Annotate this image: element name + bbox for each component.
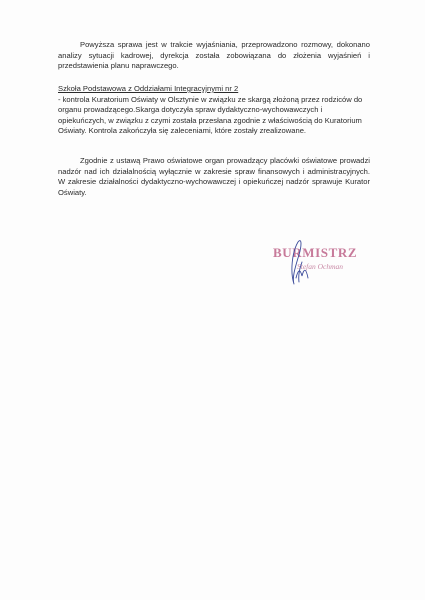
document-page: Powyższa sprawa jest w trakcie wyjaśnian… [0, 0, 425, 600]
paragraph-law: Zgodnie z ustawą Prawo oświatowe organ p… [58, 156, 370, 198]
paragraph-investigation: Powyższa sprawa jest w trakcie wyjaśnian… [58, 40, 370, 72]
section-heading: Szkoła Podstawowa z Oddziałami Integracy… [58, 84, 370, 95]
section-school-control: Szkoła Podstawowa z Oddziałami Integracy… [58, 84, 370, 137]
handwritten-signature-icon [280, 238, 320, 286]
paragraph-control: - kontrola Kuratorium Oświaty w Olsztyni… [58, 95, 362, 136]
